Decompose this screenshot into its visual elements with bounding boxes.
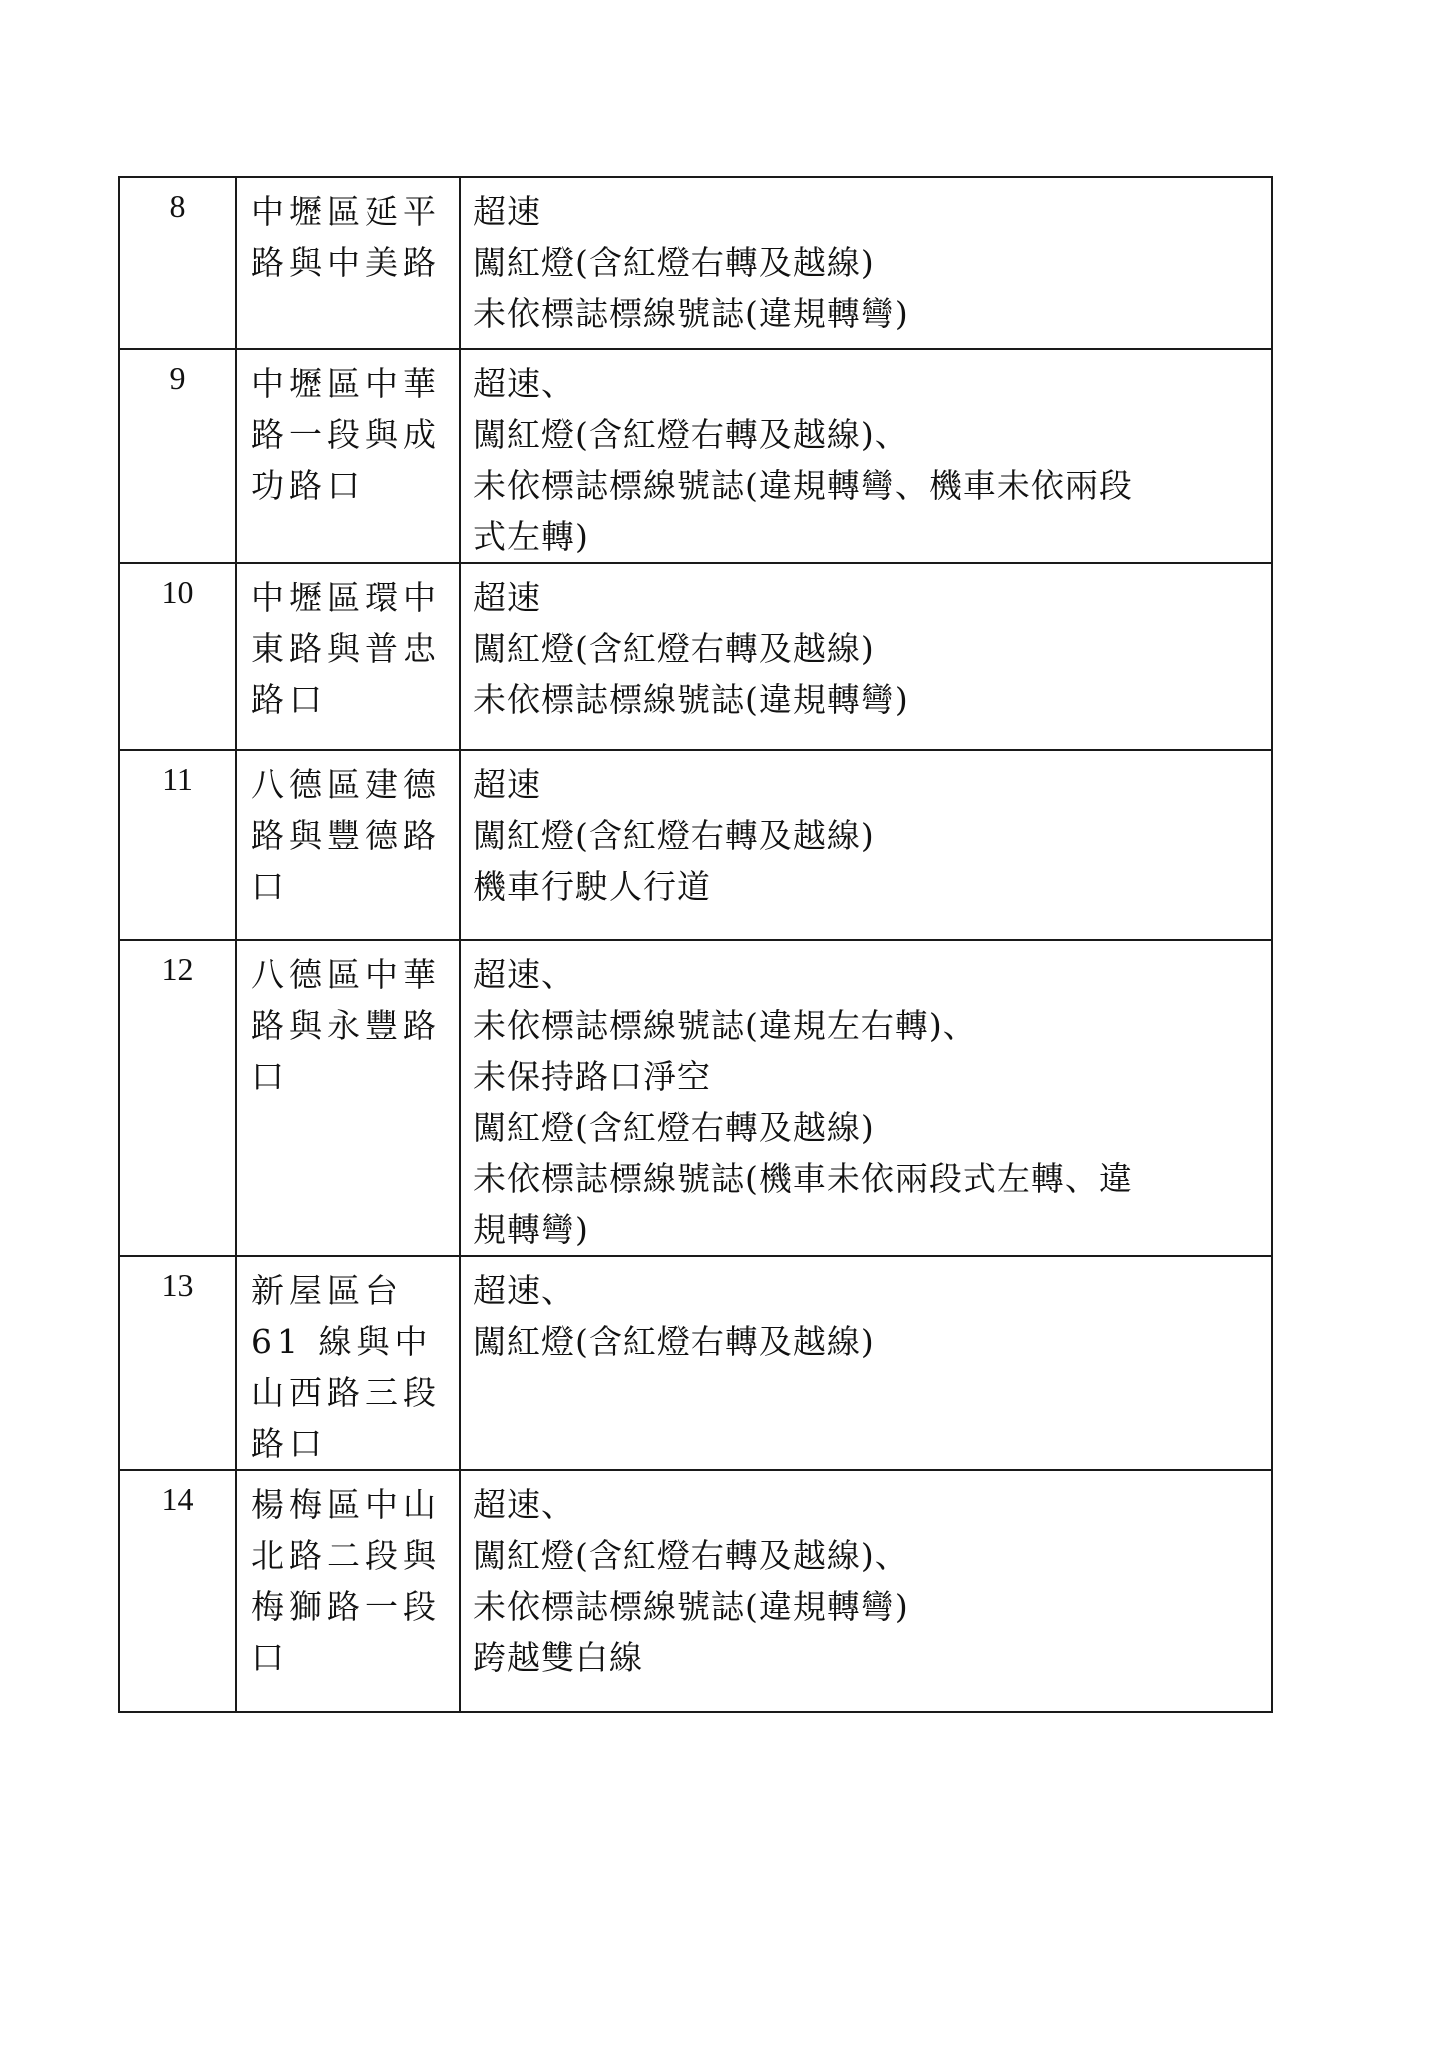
row-number: 11: [119, 750, 236, 940]
location-text: 東路與普忠: [251, 623, 453, 674]
violations-cell: 超速、未依標誌標線號誌(違規左右轉)、未保持路口淨空闖紅燈(含紅燈右轉及越線)未…: [460, 940, 1272, 1256]
location-text: 中壢區延平: [251, 186, 453, 237]
location-text: 北路二段與: [251, 1530, 453, 1581]
location-text: 61 線與中: [251, 1316, 453, 1367]
violation-item: 超速: [473, 759, 1263, 810]
violation-item: 跨越雙白線: [473, 1632, 1263, 1683]
row-number: 14: [119, 1470, 236, 1712]
row-number: 10: [119, 563, 236, 750]
location-text: 山西路三段: [251, 1367, 453, 1418]
violations-cell: 超速、闖紅燈(含紅燈右轉及越線)、未依標誌標線號誌(違規轉彎、機車未依兩段式左轉…: [460, 349, 1272, 563]
violation-item: 未依標誌標線號誌(違規轉彎): [473, 1581, 1263, 1632]
table-row: 11八德區建德路與豐德路口超速闖紅燈(含紅燈右轉及越線)機車行駛人行道: [119, 750, 1272, 940]
violations-cell: 超速闖紅燈(含紅燈右轉及越線)機車行駛人行道: [460, 750, 1272, 940]
violation-item: 未依標誌標線號誌(違規轉彎、機車未依兩段: [473, 460, 1263, 511]
location-cell: 中壢區環中東路與普忠路口: [236, 563, 460, 750]
table-row: 12八德區中華路與永豐路口超速、未依標誌標線號誌(違規左右轉)、未保持路口淨空闖…: [119, 940, 1272, 1256]
violation-item: 機車行駛人行道: [473, 861, 1263, 912]
location-text: 中壢區環中: [251, 572, 453, 623]
violation-item: 超速: [473, 572, 1263, 623]
violation-item: 闖紅燈(含紅燈右轉及越線): [473, 237, 1263, 288]
violation-item: 超速、: [473, 1479, 1263, 1530]
violation-item: 闖紅燈(含紅燈右轉及越線): [473, 623, 1263, 674]
violation-item: 闖紅燈(含紅燈右轉及越線)、: [473, 409, 1263, 460]
table-row: 10中壢區環中東路與普忠路口超速闖紅燈(含紅燈右轉及越線)未依標誌標線號誌(違規…: [119, 563, 1272, 750]
location-text: 口: [251, 1632, 453, 1683]
location-text: 梅獅路一段: [251, 1581, 453, 1632]
violation-item: 闖紅燈(含紅燈右轉及越線): [473, 810, 1263, 861]
row-number: 9: [119, 349, 236, 563]
location-text: 路一段與成: [251, 409, 453, 460]
location-text: 功路口: [251, 460, 453, 511]
violation-item: 闖紅燈(含紅燈右轉及越線): [473, 1316, 1263, 1367]
row-number: 13: [119, 1256, 236, 1470]
location-text: 路與中美路: [251, 237, 453, 288]
violation-item: 超速、: [473, 1265, 1263, 1316]
intersection-violation-table: 8中壢區延平路與中美路超速闖紅燈(含紅燈右轉及越線)未依標誌標線號誌(違規轉彎)…: [118, 176, 1273, 1713]
violations-cell: 超速、闖紅燈(含紅燈右轉及越線): [460, 1256, 1272, 1470]
location-text: 路與永豐路: [251, 1000, 453, 1051]
violation-item: 未依標誌標線號誌(違規轉彎): [473, 674, 1263, 725]
violations-cell: 超速闖紅燈(含紅燈右轉及越線)未依標誌標線號誌(違規轉彎): [460, 177, 1272, 349]
location-cell: 楊梅區中山北路二段與梅獅路一段口: [236, 1470, 460, 1712]
table-row: 8中壢區延平路與中美路超速闖紅燈(含紅燈右轉及越線)未依標誌標線號誌(違規轉彎): [119, 177, 1272, 349]
table-row: 14楊梅區中山北路二段與梅獅路一段口超速、闖紅燈(含紅燈右轉及越線)、未依標誌標…: [119, 1470, 1272, 1712]
violation-item: 規轉彎): [473, 1204, 1263, 1255]
violation-item: 式左轉): [473, 511, 1263, 562]
location-text: 路口: [251, 674, 453, 725]
location-text: 路與豐德路: [251, 810, 453, 861]
location-text: 口: [251, 861, 453, 912]
violation-item: 闖紅燈(含紅燈右轉及越線)、: [473, 1530, 1263, 1581]
violation-item: 超速、: [473, 358, 1263, 409]
violations-cell: 超速、闖紅燈(含紅燈右轉及越線)、未依標誌標線號誌(違規轉彎)跨越雙白線: [460, 1470, 1272, 1712]
location-text: 楊梅區中山: [251, 1479, 453, 1530]
location-text: 新屋區台: [251, 1265, 453, 1316]
table-row: 9中壢區中華路一段與成功路口超速、闖紅燈(含紅燈右轉及越線)、未依標誌標線號誌(…: [119, 349, 1272, 563]
violation-item: 未依標誌標線號誌(機車未依兩段式左轉、違: [473, 1153, 1263, 1204]
location-text: 中壢區中華: [251, 358, 453, 409]
violations-cell: 超速闖紅燈(含紅燈右轉及越線)未依標誌標線號誌(違規轉彎): [460, 563, 1272, 750]
table-row: 13新屋區台61 線與中山西路三段路口超速、闖紅燈(含紅燈右轉及越線): [119, 1256, 1272, 1470]
location-text: 八德區建德: [251, 759, 453, 810]
violation-item: 未依標誌標線號誌(違規轉彎): [473, 288, 1263, 339]
location-text: 路口: [251, 1418, 453, 1469]
row-number: 8: [119, 177, 236, 349]
location-cell: 八德區中華路與永豐路口: [236, 940, 460, 1256]
violation-item: 未依標誌標線號誌(違規左右轉)、: [473, 1000, 1263, 1051]
violation-item: 未保持路口淨空: [473, 1051, 1263, 1102]
row-number: 12: [119, 940, 236, 1256]
location-text: 口: [251, 1051, 453, 1102]
violation-item: 闖紅燈(含紅燈右轉及越線): [473, 1102, 1263, 1153]
violation-item: 超速: [473, 186, 1263, 237]
location-text: 八德區中華: [251, 949, 453, 1000]
location-cell: 中壢區中華路一段與成功路口: [236, 349, 460, 563]
violation-item: 超速、: [473, 949, 1263, 1000]
location-cell: 中壢區延平路與中美路: [236, 177, 460, 349]
location-cell: 八德區建德路與豐德路口: [236, 750, 460, 940]
location-cell: 新屋區台61 線與中山西路三段路口: [236, 1256, 460, 1470]
